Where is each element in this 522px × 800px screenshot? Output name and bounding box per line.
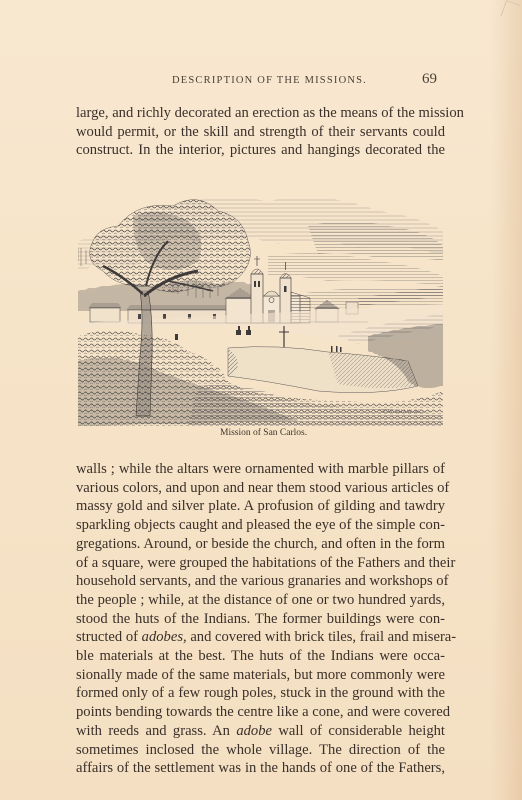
- top-paragraph: large, and richly decorated an erection …: [76, 104, 445, 160]
- text-line: household servants, and the various gran…: [76, 572, 445, 591]
- text-span: structed of: [76, 629, 142, 645]
- text-line: affairs of the settlement was in the han…: [76, 759, 445, 778]
- text-span: , and covered with brick tiles, frail an…: [183, 629, 456, 645]
- book-page: DESCRIPTION OF THE MISSIONS. 69 large, a…: [0, 0, 522, 800]
- bottom-paragraph: walls ; while the altars were ornamented…: [76, 460, 445, 778]
- page-number: 69: [422, 71, 437, 88]
- text-line: of a square, were grouped the habitation…: [76, 554, 445, 573]
- pencil-corner-mark: [501, 0, 521, 21]
- mission-engraving: [78, 186, 448, 426]
- text-line: massy gold and silver plate. A profusion…: [76, 497, 445, 516]
- text-span: with reeds and grass. An: [76, 723, 236, 739]
- text-line: with reeds and grass. An adobe wall of c…: [76, 722, 445, 741]
- text-line: various colors, and upon and near them s…: [76, 479, 445, 498]
- text-line: large, and richly decorated an erection …: [76, 104, 445, 123]
- text-line: gregations. Around, or beside the church…: [76, 535, 445, 554]
- text-line: points bending towards the centre like a…: [76, 703, 445, 722]
- running-title: DESCRIPTION OF THE MISSIONS.: [172, 75, 367, 86]
- engraver-signature: V.W.SHAW.SC.: [382, 409, 423, 415]
- italic-term-adobe: adobe: [236, 723, 272, 739]
- text-span: wall of considerable height: [272, 723, 445, 739]
- text-line: sionally made of the same materials, but…: [76, 666, 445, 685]
- text-line: walls ; while the altars were ornamented…: [76, 460, 445, 479]
- text-line: construct. In the interior, pictures and…: [76, 141, 445, 160]
- text-line: would permit, or the skill and strength …: [76, 123, 445, 142]
- text-line: structed of adobes, and covered with bri…: [76, 628, 445, 647]
- text-line: sparkling objects caught and pleased the…: [76, 516, 445, 535]
- text-line: the people ; while, at the distance of o…: [76, 591, 445, 610]
- text-line: stood the huts of the Indians. The forme…: [76, 610, 445, 629]
- italic-term-adobes: adobes: [142, 629, 183, 645]
- illustration-caption: Mission of San Carlos.: [220, 428, 307, 438]
- text-line: ble materials at the best. The huts of t…: [76, 647, 445, 666]
- text-line: sometimes inclosed the whole village. Th…: [76, 741, 445, 760]
- text-line: formed only of a few rough poles, stuck …: [76, 684, 445, 703]
